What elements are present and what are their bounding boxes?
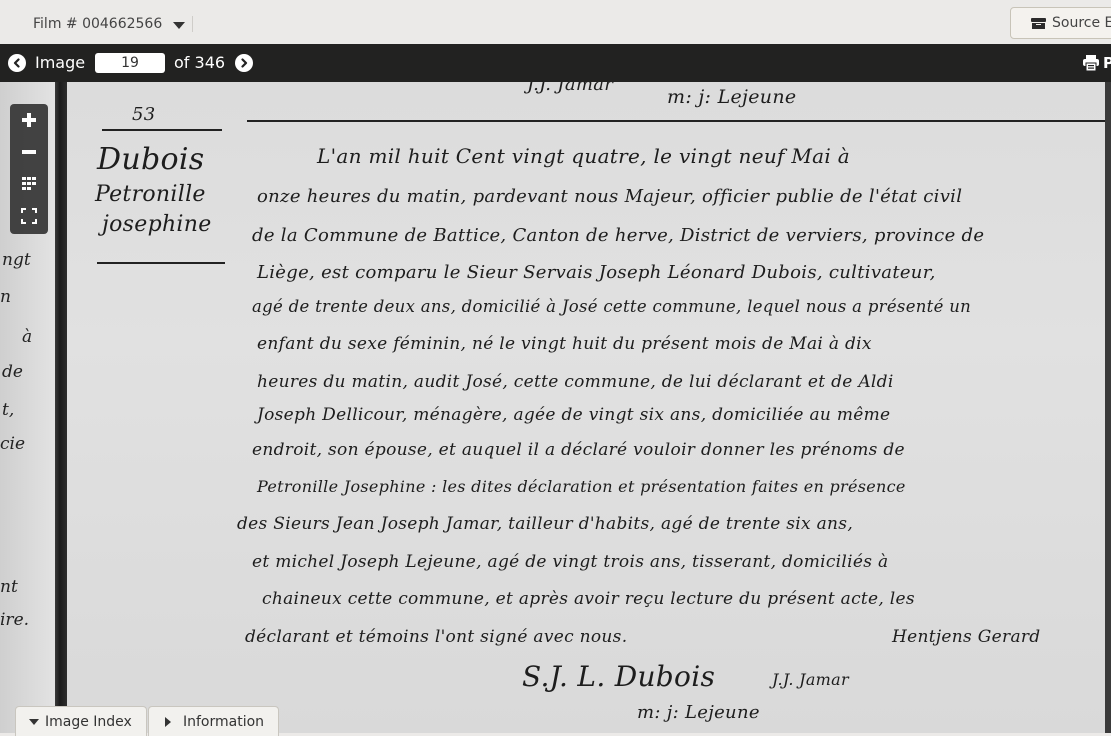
- signature-gerard: Hentjens Gerard: [892, 627, 1041, 647]
- image-nav-bar: Image of 346 P: [0, 44, 1111, 82]
- chevron-right-icon: [239, 58, 249, 68]
- record-line: des Sieurs Jean Joseph Jamar, tailleur d…: [237, 514, 853, 534]
- caret-down-icon[interactable]: [173, 22, 185, 29]
- record-line: Petronille Josephine : les dites déclara…: [257, 477, 906, 496]
- margin-rule: [97, 262, 225, 264]
- previous-image-button[interactable]: [8, 54, 26, 72]
- top-signature-lejeune: m: j: Lejeune: [667, 86, 796, 108]
- image-label: Image: [35, 53, 85, 72]
- left-fragment: cie: [0, 434, 25, 454]
- record-line: agé de trente deux ans, domicilié à José…: [252, 297, 971, 316]
- zoom-out-button[interactable]: [10, 136, 48, 168]
- source-button[interactable]: Source E: [1010, 7, 1111, 39]
- image-index-tab[interactable]: Image Index: [15, 706, 147, 733]
- book-spine: [55, 82, 67, 733]
- left-fragment: nt: [0, 577, 18, 597]
- record-separator: [247, 120, 1105, 122]
- margin-rule: [102, 129, 222, 131]
- next-image-button[interactable]: [235, 54, 253, 72]
- information-tab[interactable]: Information: [148, 706, 279, 733]
- left-fragment: à: [22, 327, 32, 347]
- triangle-down-icon: [29, 719, 39, 725]
- left-fragment: de: [2, 362, 23, 382]
- record-line: endroit, son épouse, et auquel il a décl…: [252, 440, 905, 460]
- image-index-label: Image Index: [45, 714, 132, 730]
- margin-given-name-1: Petronille: [95, 182, 206, 207]
- document-page: J.J. Jamar m: j: Lejeune 53 Dubois Petro…: [67, 82, 1105, 733]
- record-line: chaineux cette commune, et après avoir r…: [262, 589, 915, 609]
- film-selector[interactable]: Film # 004662566: [33, 16, 193, 32]
- top-signature-jamar: J.J. Jamar: [527, 82, 613, 95]
- printer-icon: [1082, 54, 1100, 72]
- signature-jamar: J.J. Jamar: [772, 670, 849, 689]
- left-fragment: ire.: [0, 610, 29, 630]
- record-line: enfant du sexe féminin, né le vingt huit…: [257, 334, 872, 354]
- minus-icon: [20, 143, 38, 161]
- record-line: de la Commune de Battice, Canton de herv…: [252, 225, 984, 246]
- record-line: heures du matin, audit José, cette commu…: [257, 372, 894, 392]
- right-page-edge: [1105, 82, 1111, 733]
- image-number-input[interactable]: [95, 53, 165, 73]
- header-divider: [192, 16, 193, 32]
- record-line: déclarant et témoins l'ont signé avec no…: [245, 627, 627, 647]
- archive-box-icon: [1031, 18, 1046, 29]
- zoom-in-button[interactable]: [10, 104, 48, 136]
- fullscreen-icon: [20, 207, 38, 225]
- print-button[interactable]: P: [1082, 54, 1111, 72]
- zoom-controls: [10, 104, 48, 234]
- record-number: 53: [132, 104, 156, 125]
- top-header: Film # 004662566 Source E: [0, 0, 1111, 44]
- print-label: P: [1103, 54, 1111, 72]
- fullscreen-button[interactable]: [10, 200, 48, 232]
- image-viewer[interactable]: ngt n à de t, cie nt ire. J.J. Jamar m: …: [0, 82, 1111, 733]
- record-line: onze heures du matin, pardevant nous Maj…: [257, 186, 962, 207]
- record-line: L'an mil huit Cent vingt quatre, le ving…: [317, 144, 850, 168]
- record-line: et michel Joseph Lejeune, agé de vingt t…: [252, 552, 888, 572]
- margin-given-name-2: josephine: [102, 212, 212, 237]
- record-line: Liège, est comparu le Sieur Servais Jose…: [257, 262, 936, 283]
- left-fragment: n: [0, 287, 11, 307]
- grid-view-button[interactable]: [10, 168, 48, 200]
- record-line: Joseph Dellicour, ménagère, agée de ving…: [257, 405, 890, 425]
- plus-icon: [20, 111, 38, 129]
- grid-icon: [20, 175, 38, 193]
- signature-lejeune: m: j: Lejeune: [637, 702, 760, 723]
- margin-surname: Dubois: [97, 142, 204, 177]
- chevron-left-icon: [12, 58, 22, 68]
- signature-dubois: S.J. L. Dubois: [522, 660, 715, 693]
- left-fragment: t,: [2, 400, 14, 420]
- triangle-right-icon: [165, 717, 171, 727]
- left-fragment: ngt: [2, 250, 31, 270]
- image-total-label: of 346: [174, 53, 225, 72]
- source-button-label: Source E: [1052, 15, 1111, 31]
- information-label: Information: [183, 714, 264, 730]
- film-number-label: Film # 004662566: [33, 16, 162, 32]
